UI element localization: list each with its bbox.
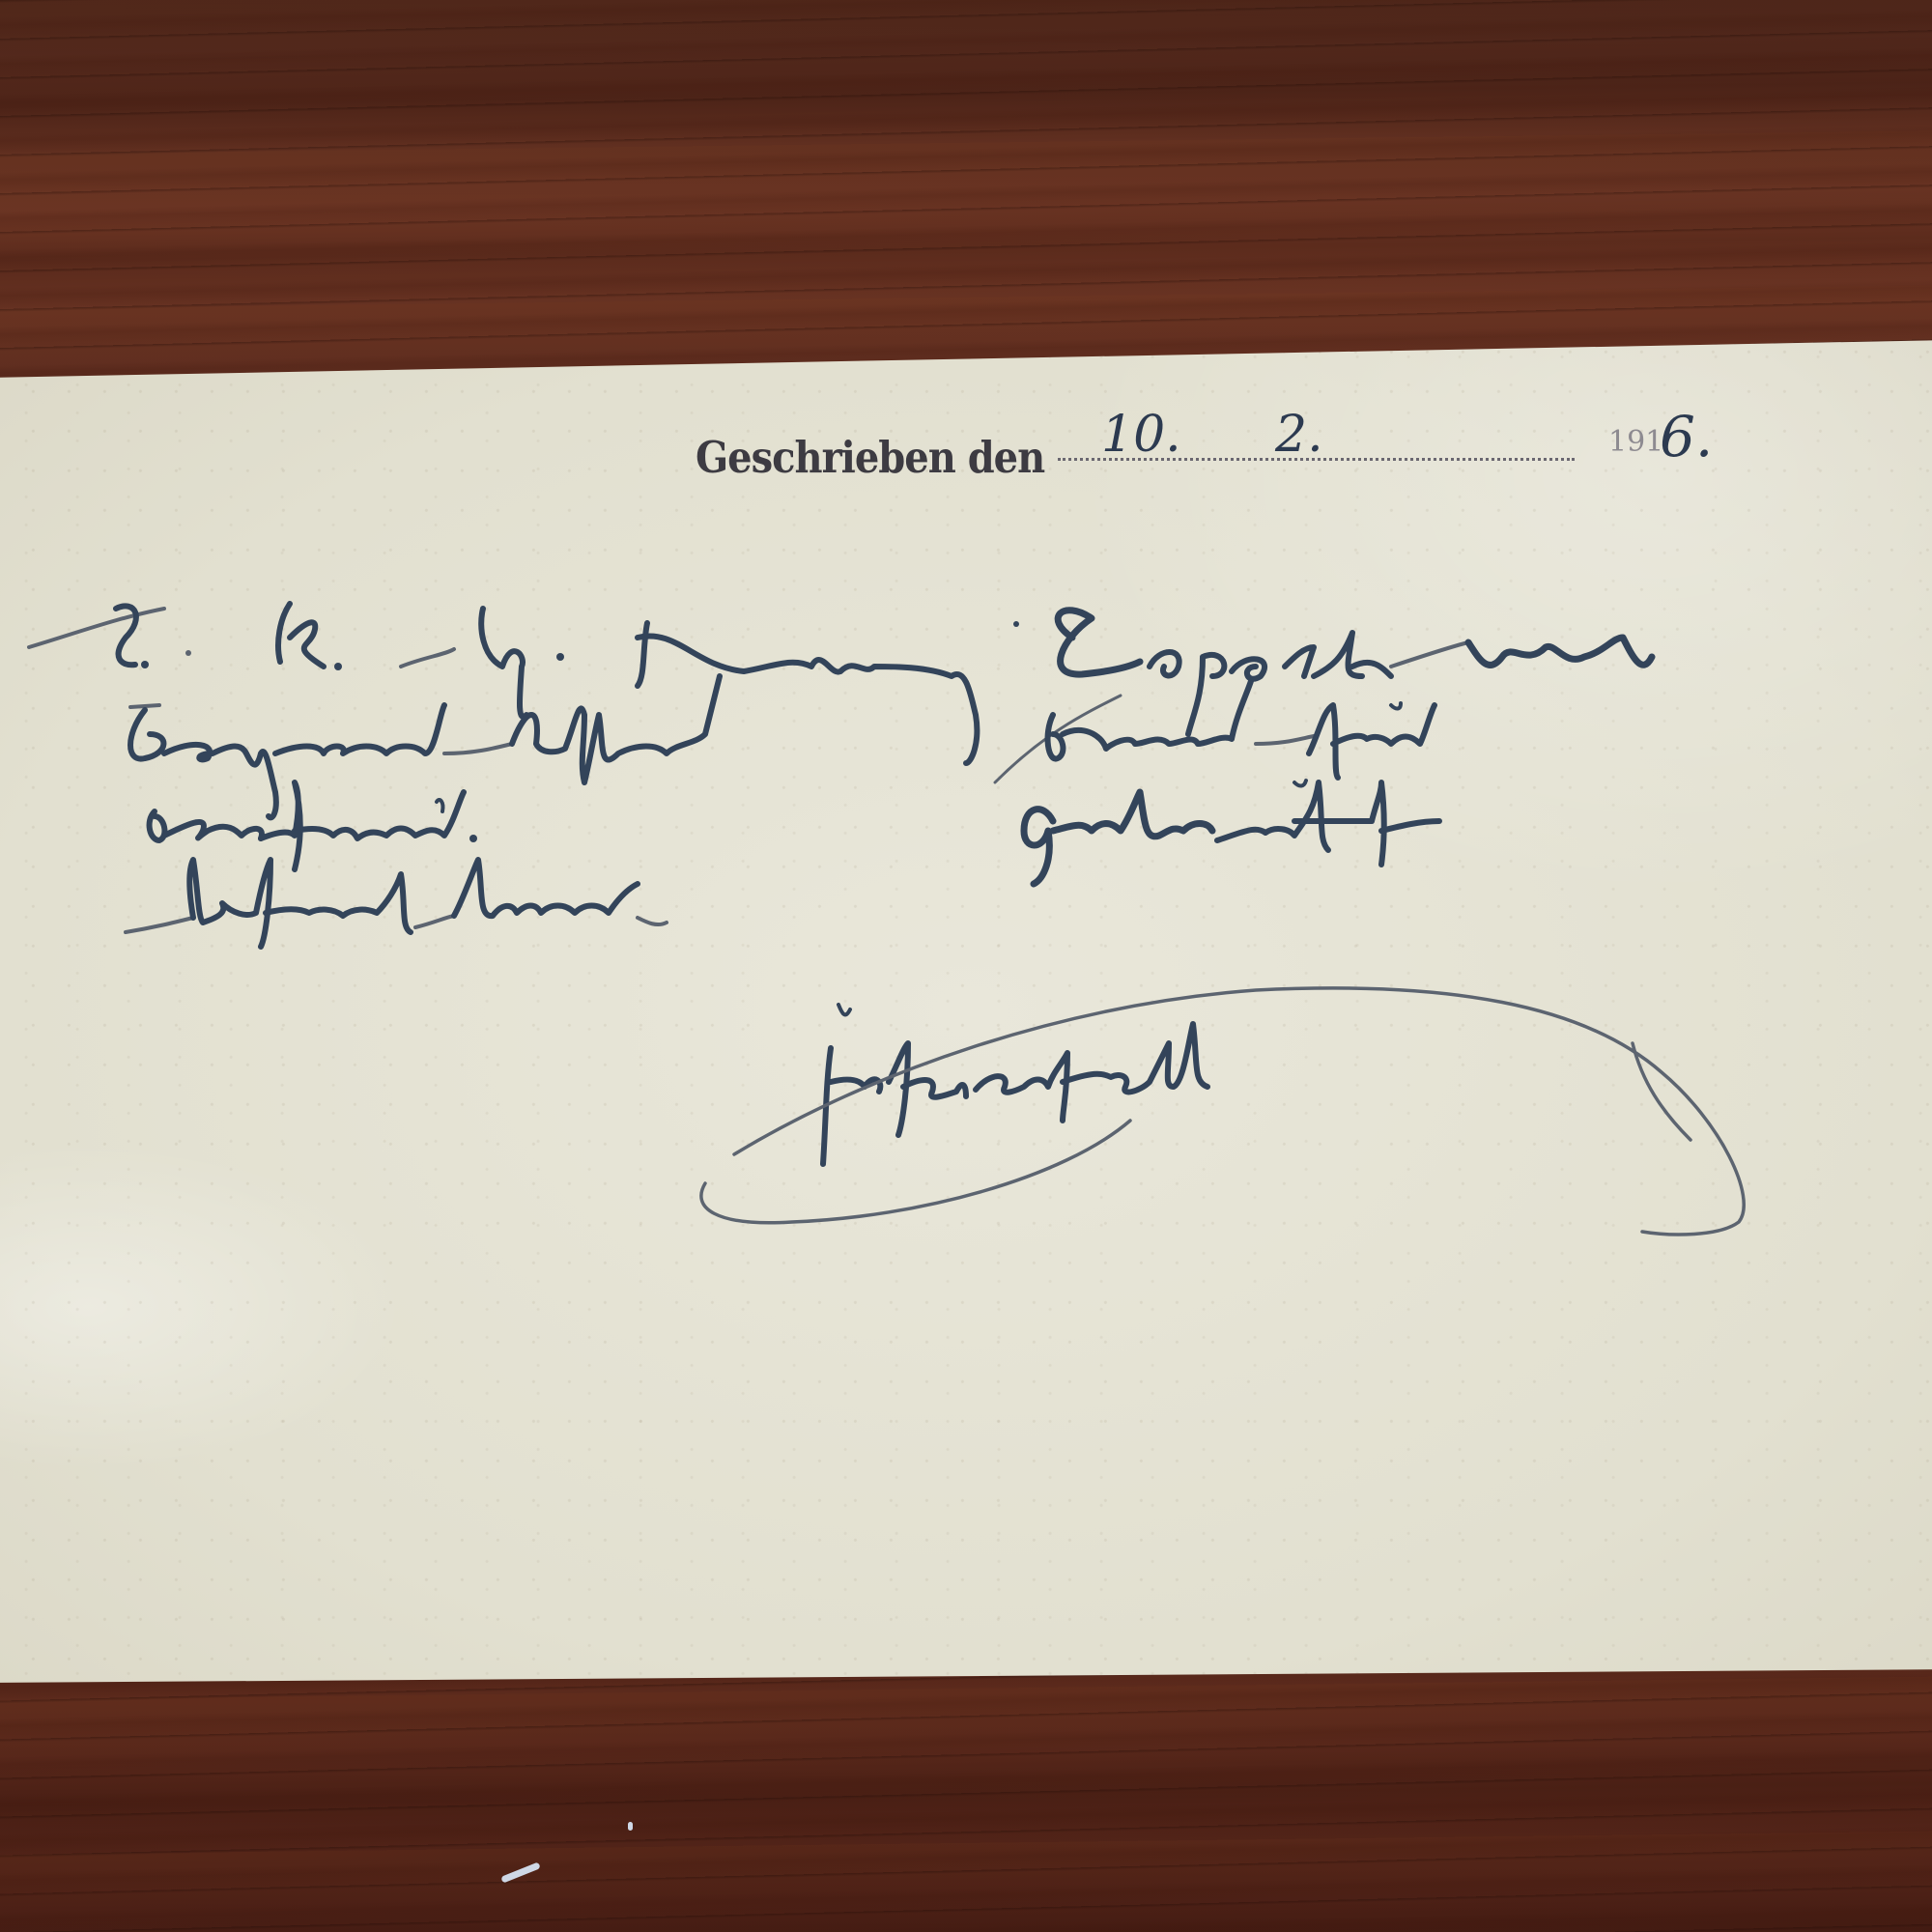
- postcard: [0, 340, 1932, 1683]
- handwritten-day: 10.: [1101, 406, 1181, 464]
- lint-speck: [500, 1861, 541, 1883]
- lint-speck: [628, 1822, 633, 1831]
- handwritten-year-suffix: 6.: [1660, 404, 1713, 469]
- printed-label-geschrieben-den: Geschrieben den: [696, 432, 1044, 483]
- handwritten-month: 2.: [1275, 406, 1323, 464]
- printed-year-prefix: 191: [1608, 425, 1663, 459]
